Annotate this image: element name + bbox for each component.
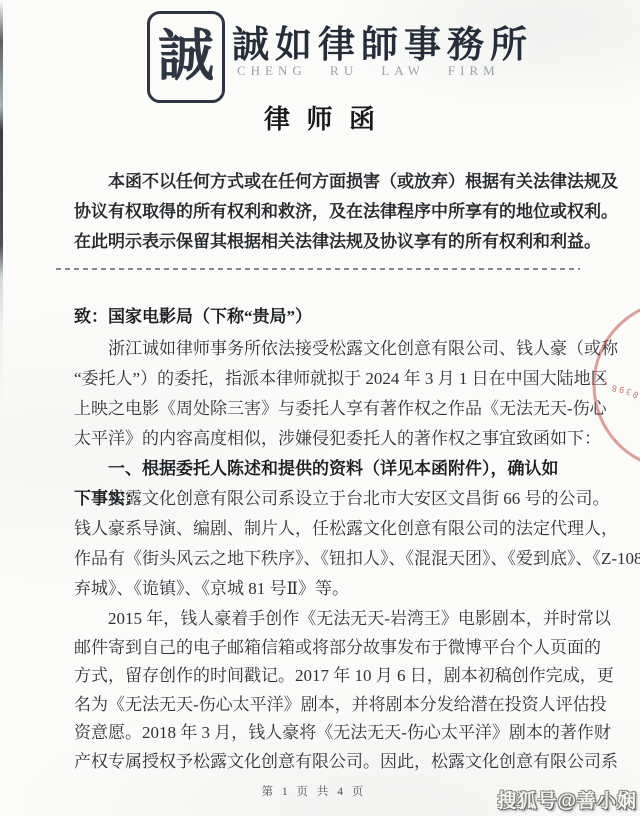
facts-paragraph-2: 2015 年，钱人豪着手创作《无法无天-岩湾王》电影剧本，并时常以邮件寄到自己的… <box>74 605 570 776</box>
recipient-line: 致：国家电影局（下称“贵局”） <box>74 303 570 331</box>
rights-reservation-notice: 本函不以任何方式或在任何方面损害（或放弃）根据有关法律法规及协议有权取得的所有权… <box>74 167 570 257</box>
text-line: 作品有《街头风云之地下秩序》、《钮扣人》、《混混天团》、《爱到底》、《Z-108 <box>74 544 570 574</box>
facts-paragraph-1: 松露文化创意有限公司系设立于台北市大安区文昌街 66 号的公司。钱人豪系导演、编… <box>74 484 570 604</box>
text-line: 弃城》、《诡镇》、《京城 81 号Ⅱ》等。 <box>74 574 570 604</box>
text-line: 产权专属授权予松露文化创意有限公司。因此，松露文化创意有限公司系 <box>74 748 570 777</box>
text-line: 2015 年，钱人豪着手创作《无法无天-岩湾王》电影剧本，并时常以 <box>74 605 570 634</box>
text-line: 名为《无法无天-伤心太平洋》剧本，并将剧本分发给潜在投资人评估投 <box>74 691 570 720</box>
svg-text:33010000103985: 33010000103985 <box>602 378 640 448</box>
firm-logo-seal: 誠 <box>147 11 225 103</box>
document-title: 律 师 函 <box>74 99 570 136</box>
letter-page: 誠 誠如律師事務所 CHENG RU LAW FIRM 律 师 函 本函不以任何… <box>0 0 640 816</box>
text-line: 资意愿。2018 年 3 月，钱人豪将《无法无天-伤心太平洋》剧本的著作财 <box>74 719 570 748</box>
scan-edge-artifact <box>0 0 3 816</box>
text-line: 上映之电影《周处除三害》与委托人享有著作权之作品《无法无天-伤心 <box>74 394 570 424</box>
stamp-registration-number: 33010000103985 <box>602 378 640 448</box>
text-line: 方式，留存创作的时间戳记。2017 年 10 月 6 日，剧本初稿创作完成，更 <box>74 662 570 691</box>
opening-paragraph: 浙江诚如律师事务所依法接受松露文化创意有限公司、钱人豪（或称“委托人”）的委托，… <box>74 334 570 454</box>
notice-line: 在此明示表示保留其根据相关法律法规及协议享有的所有权利和利益。 <box>74 227 570 257</box>
red-seal-stamp: 33010000103985 <box>560 267 640 507</box>
notice-line: 协议有权取得的所有权利和救济，及在法律程序中所享有的地位或权利。 <box>74 197 570 227</box>
firm-logo-character: 誠 <box>158 29 214 85</box>
text-line: 浙江诚如律师事务所依法接受松露文化创意有限公司、钱人豪（或称 <box>74 334 570 364</box>
text-line: 钱人豪系导演、编剧、制片人，任松露文化创意有限公司的法定代理人， <box>74 514 570 544</box>
text-line: 松露文化创意有限公司系设立于台北市大安区文昌街 66 号的公司。 <box>74 484 570 514</box>
firm-name-english: CHENG RU LAW FIRM <box>237 63 500 79</box>
notice-line: 本函不以任何方式或在任何方面损害（或放弃）根据有关法律法规及 <box>74 167 570 197</box>
text-line: 太平洋》的内容高度相似，涉嫌侵犯委托人的著作权之事宜致函如下： <box>74 424 570 454</box>
sohu-account-watermark: 搜狐号@善小娴 <box>497 786 637 813</box>
text-line: 邮件寄到自己的电子邮箱信箱或将部分故事发布于微博平台个人页面的 <box>74 634 570 663</box>
page-number-indicator: 第 1 页 共 4 页 <box>74 783 554 799</box>
dashed-divider <box>56 268 580 270</box>
firm-name-chinese: 誠如律師事務所 <box>232 14 533 68</box>
text-line: “委托人”）的委托，指派本律师就拟于 2024 年 3 月 1 日在中国大陆地区 <box>74 364 570 394</box>
